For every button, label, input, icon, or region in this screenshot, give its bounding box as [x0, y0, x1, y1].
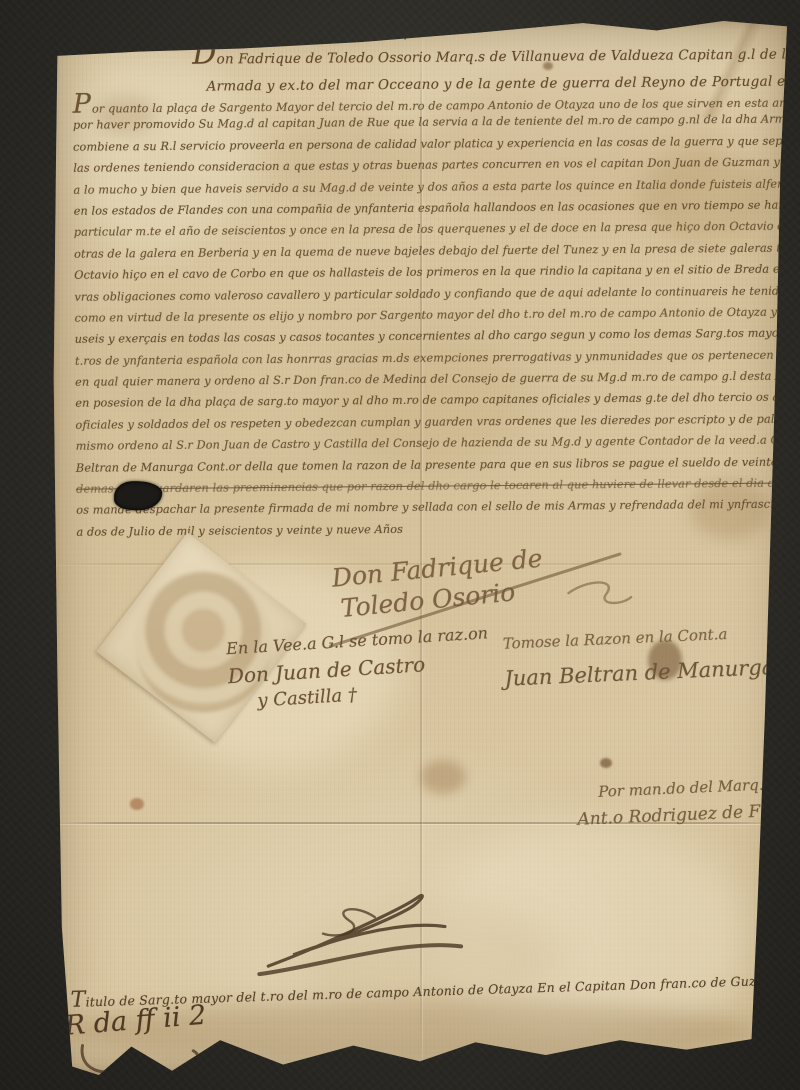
signature-flourish-icon	[769, 639, 800, 714]
heading-line-1: Don Fadrique de Toledo Ossorio Marq.s de…	[192, 31, 792, 71]
ink-layer: † Don Fadrique de Toledo Ossorio Marq.s …	[50, 15, 799, 1076]
attestation-contaduria: Tomose la Razon en la Cont.a Juan Beltra…	[502, 623, 774, 691]
photo-background: † Don Fadrique de Toledo Ossorio Marq.s …	[0, 0, 800, 1090]
attestation-heading: Por man.do del Marq.s mi s.or	[576, 773, 800, 802]
body-text: Por quanto la plaça de Sargento Mayor de…	[73, 88, 779, 543]
main-signature: Don Fadrique de Toledo Osorio	[331, 544, 547, 624]
secretary-attestation: Por man.do del Marq.s mi s.or Ant.o Rodr…	[576, 773, 800, 830]
attestation-veeduria: En la Vee.a G.l se tomo la raz.on Don Ju…	[226, 623, 492, 713]
document-heading: Don Fadrique de Toledo Ossorio Marq.s de…	[192, 31, 792, 94]
signature-rodriguez-de-frechilla: Ant.o Rodriguez de Frechilla	[577, 799, 800, 830]
manuscript-paper: † Don Fadrique de Toledo Ossorio Marq.s …	[50, 20, 790, 1075]
attestation-heading: Tomose la Razon en la Cont.a	[502, 623, 773, 653]
signature-beltran-de-manurga: Juan Beltran de Manurga	[504, 655, 775, 691]
rubric-flourish-icon	[253, 886, 484, 982]
